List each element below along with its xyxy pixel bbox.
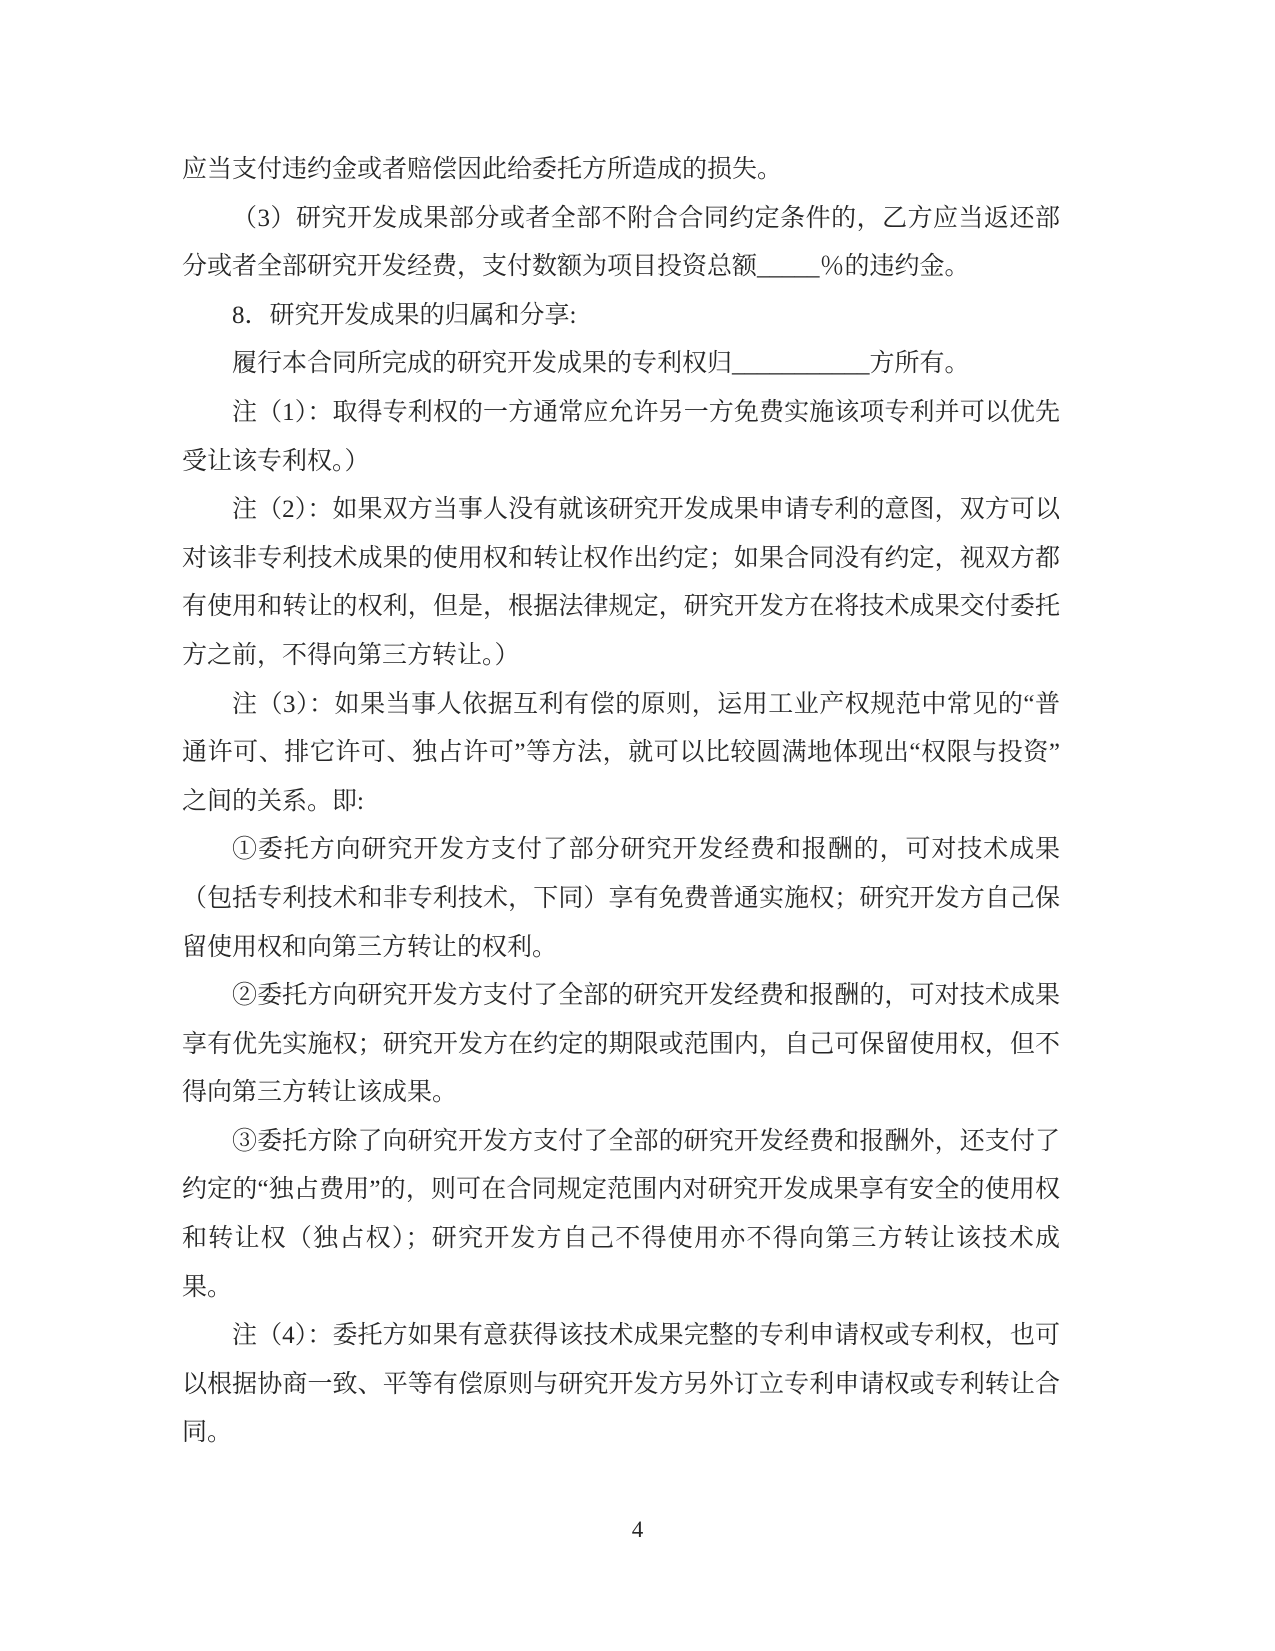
- paragraph-continuation: 应当支付违约金或者赔偿因此给委托方所造成的损失。: [182, 146, 1060, 195]
- patent-ownership-blank-line: 履行本合同所完成的研究开发成果的专利权归___________方所有。: [182, 340, 1060, 389]
- item-1-paragraph: ①委托方向研究开发方支付了部分研究开发经费和报酬的，可对技术成果（包括专利技术和…: [182, 826, 1060, 972]
- clause-3-breach-paragraph: （3）研究开发成果部分或者全部不附合合同约定条件的，乙方应当返还部分或者全部研究…: [182, 195, 1060, 292]
- item-3-paragraph: ③委托方除了向研究开发方支付了全部的研究开发经费和报酬外，还支付了约定的“独占费…: [182, 1118, 1060, 1312]
- clause-8-heading: 8．研究开发成果的归属和分享:: [182, 292, 1060, 341]
- item-2-paragraph: ②委托方向研究开发方支付了全部的研究开发经费和报酬的，可对技术成果享有优先实施权…: [182, 972, 1060, 1118]
- note-3-paragraph: 注（3）：如果当事人依据互利有偿的原则，运用工业产权规范中常见的“普通许可、排它…: [182, 681, 1060, 827]
- contract-page: 应当支付违约金或者赔偿因此给委托方所造成的损失。 （3）研究开发成果部分或者全部…: [0, 0, 1275, 1651]
- page-number: 4: [0, 1515, 1275, 1545]
- note-2-paragraph: 注（2）：如果双方当事人没有就该研究开发成果申请专利的意图，双方可以对该非专利技…: [182, 486, 1060, 680]
- note-1-paragraph: 注（1）：取得专利权的一方通常应允许另一方免费实施该项专利并可以优先受让该专利权…: [182, 389, 1060, 486]
- contract-body: 应当支付违约金或者赔偿因此给委托方所造成的损失。 （3）研究开发成果部分或者全部…: [182, 146, 1060, 1458]
- note-4-paragraph: 注（4）：委托方如果有意获得该技术成果完整的专利申请权或专利权，也可以根据协商一…: [182, 1312, 1060, 1458]
